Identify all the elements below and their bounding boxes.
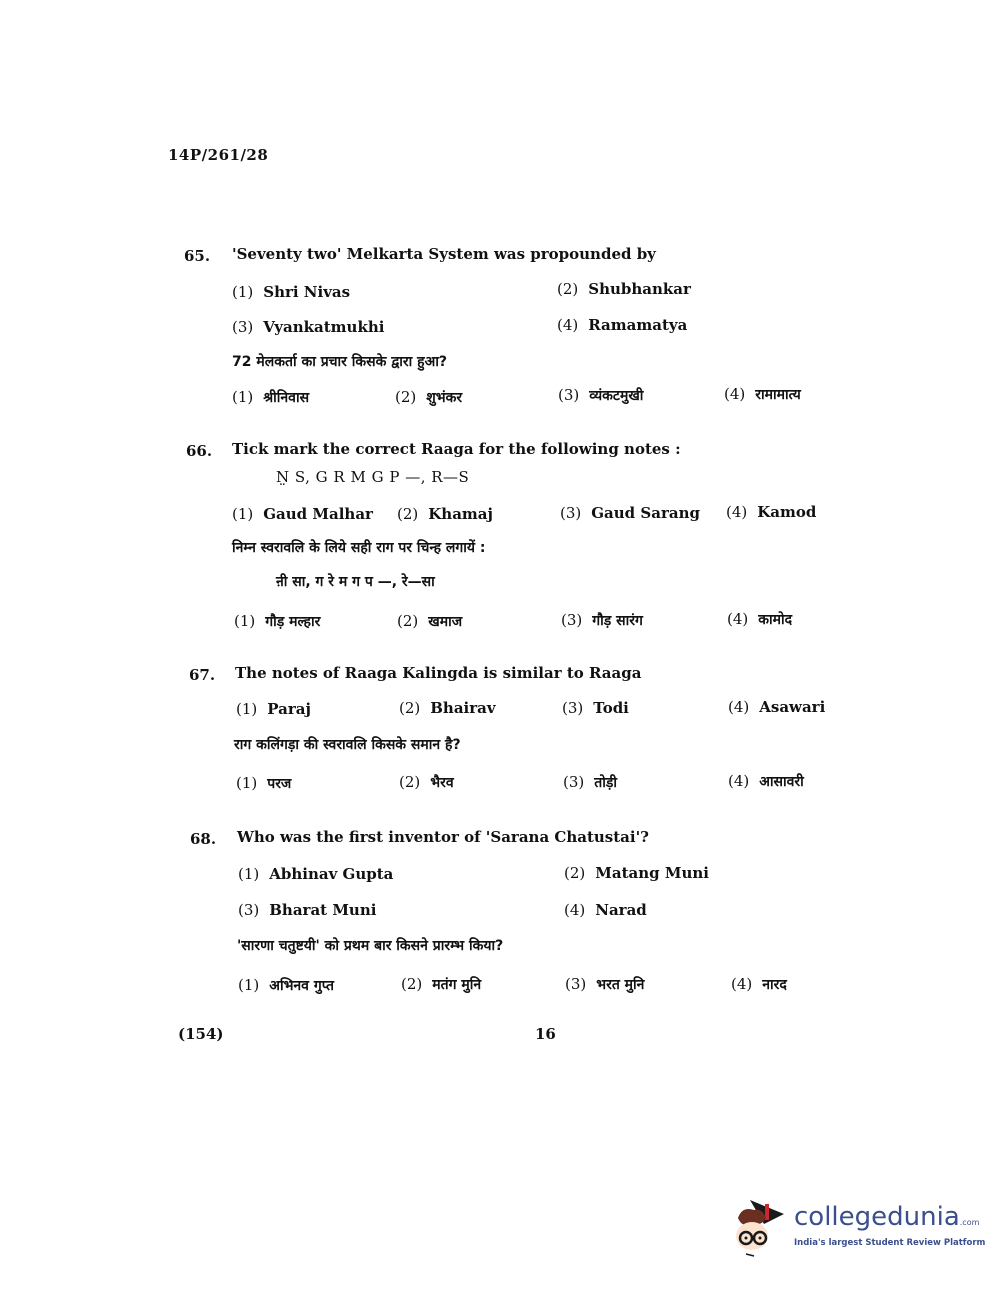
option-3-hi: (3)भरत मुनि xyxy=(565,975,644,994)
option-1-en: (1)Abhinav Gupta xyxy=(238,865,393,883)
option-4-en: (4)Narad xyxy=(564,901,647,919)
question-number: 66. xyxy=(186,442,212,460)
question-number: 67. xyxy=(189,666,215,684)
option-2-hi: (2)शुभंकर xyxy=(395,388,462,407)
question-text-en: Tick mark the correct Raaga for the foll… xyxy=(232,440,681,458)
swar-notes-hi: ऩी सा, ग रे म ग प —, रे—सा xyxy=(276,572,435,591)
option-4-en: (4)Ramamatya xyxy=(557,316,687,334)
question-text-en: The notes of Raaga Kalingda is similar t… xyxy=(235,664,641,682)
option-3-en: (3)Todi xyxy=(562,699,629,717)
option-3-en: (3)Gaud Sarang xyxy=(560,504,700,522)
option-3-hi: (3)गौड़ सारंग xyxy=(561,611,643,630)
mascot-icon xyxy=(732,1196,792,1266)
option-2-en: (2)Shubhankar xyxy=(557,280,691,298)
option-2-en: (2)Bhairav xyxy=(399,699,496,717)
brand-name: collegedunia.com xyxy=(794,1202,979,1232)
swar-notes-en: N̤ S, G R M G P —, R—S xyxy=(276,468,469,486)
question-number: 65. xyxy=(184,247,210,265)
option-2-hi: (2)खमाज xyxy=(397,612,462,631)
question-text-hi: 'सारणा चतुष्टयी' को प्रथम बार किसने प्रा… xyxy=(237,936,503,955)
option-1-hi: (1)परज xyxy=(236,774,291,793)
option-4-en: (4)Asawari xyxy=(728,698,825,716)
question-text-en: Who was the first inventor of 'Sarana Ch… xyxy=(237,828,649,846)
question-text-hi: 72 मेलकर्ता का प्रचार किसके द्वारा हुआ? xyxy=(232,352,447,371)
question-text-en: 'Seventy two' Melkarta System was propou… xyxy=(232,245,656,263)
option-3-hi: (3)तोड़ी xyxy=(563,773,617,792)
option-1-en: (1)Shri Nivas xyxy=(232,283,350,301)
option-4-en: (4)Kamod xyxy=(726,503,816,521)
option-1-hi: (1)श्रीनिवास xyxy=(232,388,309,407)
brand-tagline: India's largest Student Review Platform xyxy=(794,1238,985,1248)
option-3-hi: (3)व्यंकटमुखी xyxy=(558,386,643,405)
option-3-en: (3)Vyankatmukhi xyxy=(232,318,384,336)
option-4-hi: (4)आसावरी xyxy=(728,772,804,791)
option-4-hi: (4)कामोद xyxy=(727,610,792,629)
option-1-en: (1)Gaud Malhar xyxy=(232,505,373,523)
option-4-hi: (4)नारद xyxy=(731,975,787,994)
option-4-hi: (4)रामामात्य xyxy=(724,385,801,404)
option-3-en: (3)Bharat Muni xyxy=(238,901,376,919)
footer-code: (154) xyxy=(178,1025,224,1043)
option-2-hi: (2)मतंग मुनि xyxy=(401,975,481,994)
question-number: 68. xyxy=(190,830,216,848)
option-1-hi: (1)अभिनव गुप्त xyxy=(238,976,334,995)
option-1-en: (1)Paraj xyxy=(236,700,311,718)
option-1-hi: (1)गौड़ मल्हार xyxy=(234,612,320,631)
paper-code: 14P/261/28 xyxy=(168,146,268,164)
page-number: 16 xyxy=(535,1025,556,1043)
option-2-en: (2)Khamaj xyxy=(397,505,493,523)
question-text-hi: राग कलिंगड़ा की स्वरावलि किसके समान है? xyxy=(234,735,461,754)
collegedunia-logo: collegedunia.com India's largest Student… xyxy=(732,1196,962,1266)
option-2-hi: (2)भैरव xyxy=(399,773,454,792)
option-2-en: (2)Matang Muni xyxy=(564,864,709,882)
question-text-hi: निम्न स्वरावलि के लिये सही राग पर चिन्ह … xyxy=(232,538,486,557)
